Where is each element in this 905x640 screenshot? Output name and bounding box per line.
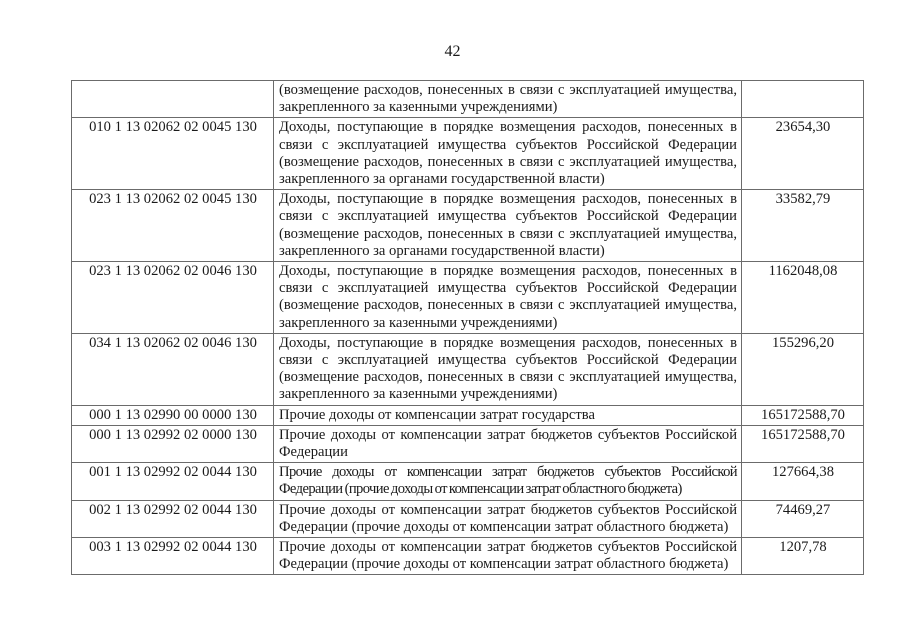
revenue-name-cell: Доходы, поступающие в порядке возмещения… [274, 262, 742, 334]
budget-code-cell: 003 1 13 02992 02 0044 130 [72, 538, 274, 575]
revenue-name-cell: Доходы, поступающие в порядке возмещения… [274, 118, 742, 190]
amount-cell: 165172588,70 [742, 405, 864, 425]
amount-cell: 23654,30 [742, 118, 864, 190]
revenue-name-cell: Прочие доходы от компенсации затрат бюдж… [274, 425, 742, 462]
budget-code-cell: 001 1 13 02992 02 0044 130 [72, 463, 274, 500]
budget-code-cell: 034 1 13 02062 02 0046 130 [72, 333, 274, 405]
table-row: 023 1 13 02062 02 0045 130 Доходы, посту… [72, 190, 864, 262]
revenue-name-cell: Прочие доходы от компенсации затрат бюдж… [274, 463, 742, 500]
table-row: 000 1 13 02992 02 0000 130 Прочие доходы… [72, 425, 864, 462]
budget-code-cell: 010 1 13 02062 02 0045 130 [72, 118, 274, 190]
amount-cell: 127664,38 [742, 463, 864, 500]
revenue-name-cell: (возмещение расходов, понесенных в связи… [274, 81, 742, 118]
table-row: 023 1 13 02062 02 0046 130 Доходы, посту… [72, 262, 864, 334]
amount-cell: 165172588,70 [742, 425, 864, 462]
revenue-name-cell: Доходы, поступающие в порядке возмещения… [274, 190, 742, 262]
amount-cell [742, 81, 864, 118]
table-row: 010 1 13 02062 02 0045 130 Доходы, посту… [72, 118, 864, 190]
amount-cell: 1207,78 [742, 538, 864, 575]
table-row: 034 1 13 02062 02 0046 130 Доходы, посту… [72, 333, 864, 405]
budget-code-cell: 023 1 13 02062 02 0045 130 [72, 190, 274, 262]
table-row: 002 1 13 02992 02 0044 130 Прочие доходы… [72, 500, 864, 537]
revenue-name-cell: Прочие доходы от компенсации затрат госу… [274, 405, 742, 425]
budget-code-cell: 000 1 13 02990 00 0000 130 [72, 405, 274, 425]
table-row: 000 1 13 02990 00 0000 130 Прочие доходы… [72, 405, 864, 425]
table-row: 003 1 13 02992 02 0044 130 Прочие доходы… [72, 538, 864, 575]
budget-code-cell: 002 1 13 02992 02 0044 130 [72, 500, 274, 537]
table-row: 001 1 13 02992 02 0044 130 Прочие доходы… [72, 463, 864, 500]
budget-code-cell: 000 1 13 02992 02 0000 130 [72, 425, 274, 462]
amount-cell: 1162048,08 [742, 262, 864, 334]
revenue-name-cell: Прочие доходы от компенсации затрат бюдж… [274, 500, 742, 537]
revenue-table: (возмещение расходов, понесенных в связи… [71, 80, 864, 575]
budget-code-cell: 023 1 13 02062 02 0046 130 [72, 262, 274, 334]
page-number: 42 [0, 43, 905, 61]
amount-cell: 74469,27 [742, 500, 864, 537]
amount-cell: 33582,79 [742, 190, 864, 262]
amount-cell: 155296,20 [742, 333, 864, 405]
revenue-name-cell: Доходы, поступающие в порядке возмещения… [274, 333, 742, 405]
budget-code-cell [72, 81, 274, 118]
table-row: (возмещение расходов, понесенных в связи… [72, 81, 864, 118]
revenue-name-cell: Прочие доходы от компенсации затрат бюдж… [274, 538, 742, 575]
